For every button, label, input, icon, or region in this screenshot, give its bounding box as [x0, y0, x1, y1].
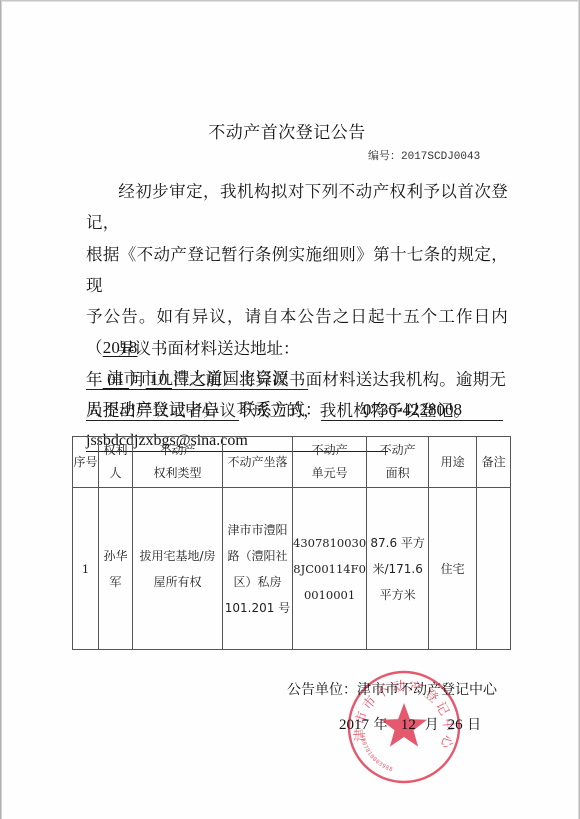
seal-serial: 4307810003988 — [358, 734, 393, 773]
svg-text:4307810003988: 4307810003988 — [358, 734, 393, 773]
date-day: 26 — [448, 717, 463, 733]
cell-unit-no: 43078100308JC00114F00010001 — [293, 488, 367, 650]
header-text: 权利类型 — [153, 466, 201, 480]
table-row: 1 孙华军 拔用宅基地/房屋所有权 津市市澧阳路（澧阳社区）私房101.201 … — [73, 488, 511, 650]
col-header-remark: 备注 — [477, 437, 511, 488]
header-text: 序号 — [73, 455, 97, 469]
cell-location: 津市市澧阳路（澧阳社区）私房101.201 号 — [223, 488, 293, 650]
phone-value: 0736-4228008 — [321, 400, 503, 421]
date-year: 2017 — [339, 717, 369, 733]
body-line-2: 根据《不动产登记暂行条例实施细则》第十七条的规定，现 — [86, 239, 508, 302]
body-text: 经初步审定，我机构拟对下列不动产权利予以首次登记， — [86, 182, 508, 232]
cell-right-type: 拔用宅基地/房屋所有权 — [133, 488, 223, 650]
issue-date: 2017 年 12 月 26 日 — [339, 714, 481, 734]
col-header-right-type: 不动产权利类型 — [133, 437, 223, 488]
header-text: 备注 — [482, 455, 506, 469]
col-header-area: 不动产面积 — [367, 437, 429, 488]
cell-text: 拔用宅基地/房 — [139, 549, 215, 563]
table-header-row: 序号 权利人 不动产权利类型 不动产坐落 不动产单元号 不动产面积 用途 备注 — [73, 437, 511, 488]
cell-text: 米/171.6 — [372, 562, 422, 576]
cell-text: 津市市澧阳 — [227, 523, 287, 537]
cell-area: 87.6 平方米/171.6平方米 — [367, 488, 429, 650]
address-value-cont: 局不动产登记中心 — [86, 400, 239, 421]
unit-name: 津市市不动产登记中心 — [357, 682, 497, 698]
property-table: 序号 权利人 不动产权利类型 不动产坐落 不动产单元号 不动产面积 用途 备注 … — [72, 436, 511, 650]
cell-text: 1 — [82, 562, 89, 576]
cell-holder: 孙华军 — [99, 488, 133, 650]
cell-text: 101.201 号 — [225, 601, 290, 615]
body-line-1: 经初步审定，我机构拟对下列不动产权利予以首次登记， — [86, 176, 508, 239]
cell-remark — [477, 488, 511, 650]
header-text: 用途 — [441, 455, 465, 469]
cell-text: 区）私房 — [233, 575, 281, 589]
header-text: 人 — [109, 466, 121, 480]
scan-edge — [0, 0, 580, 2]
date-month: 12 — [401, 717, 416, 733]
number-label: 编号： — [368, 149, 401, 162]
title-text: 不动产首次登记公告 — [208, 123, 366, 143]
document-number: 编号：2017SCDJ0043 — [368, 147, 480, 163]
cell-text: 军 — [109, 575, 121, 589]
header-text: 不动产坐落 — [227, 455, 287, 469]
address-value: 津市市九澧大道国土资源 — [86, 369, 308, 390]
address-label: 异议书面材料送达地址： — [118, 339, 300, 358]
cell-usage: 住宅 — [429, 488, 477, 650]
document-page: 不动产首次登记公告 编号：2017SCDJ0043 经初步审定，我机构拟对下列不… — [0, 0, 580, 819]
cell-text: 路（澧阳社 — [227, 549, 287, 563]
col-header-index: 序号 — [73, 437, 99, 488]
col-header-holder: 权利人 — [99, 437, 133, 488]
cell-text: 孙华 — [103, 549, 127, 563]
number-value: 2017SCDJ0043 — [401, 151, 480, 163]
header-text: 权利 — [103, 443, 127, 457]
phone-label: 联系方式： — [239, 400, 322, 419]
header-text: 不动产 — [312, 443, 348, 457]
date-text: 年 — [373, 717, 387, 733]
document-title: 不动产首次登记公告 — [0, 118, 580, 143]
col-header-location: 不动产坐落 — [223, 437, 293, 488]
body-text: 根据《不动产登记暂行条例实施细则》第十七条的规定，现 — [86, 245, 508, 295]
col-header-unit-no: 不动产单元号 — [293, 437, 367, 488]
address-line: 异议书面材料送达地址： 津市市九澧大道国土资源 — [86, 334, 510, 394]
date-text: 日 — [467, 717, 481, 733]
header-text: 单元号 — [312, 466, 348, 480]
cell-text: 住宅 — [441, 562, 465, 576]
header-text: 不动产 — [380, 443, 416, 457]
cell-text: 屋所有权 — [153, 575, 201, 589]
cell-index: 1 — [73, 488, 99, 650]
address-phone-line: 局不动产登记中心 联系方式：0736-4228008 — [86, 395, 510, 425]
cell-text: 4307810030 — [293, 536, 366, 550]
cell-text: 8JC00114F0 — [293, 562, 366, 576]
date-text: 月 — [425, 717, 439, 733]
cell-text: 0010001 — [304, 588, 355, 602]
issuing-unit: 公告单位：津市市不动产登记中心 — [287, 679, 497, 699]
cell-text: 87.6 平方 — [370, 536, 425, 550]
header-text: 不动产 — [159, 443, 195, 457]
col-header-usage: 用途 — [429, 437, 477, 488]
header-text: 面积 — [386, 466, 410, 480]
unit-label: 公告单位： — [287, 682, 357, 698]
cell-text: 平方米 — [380, 588, 416, 602]
